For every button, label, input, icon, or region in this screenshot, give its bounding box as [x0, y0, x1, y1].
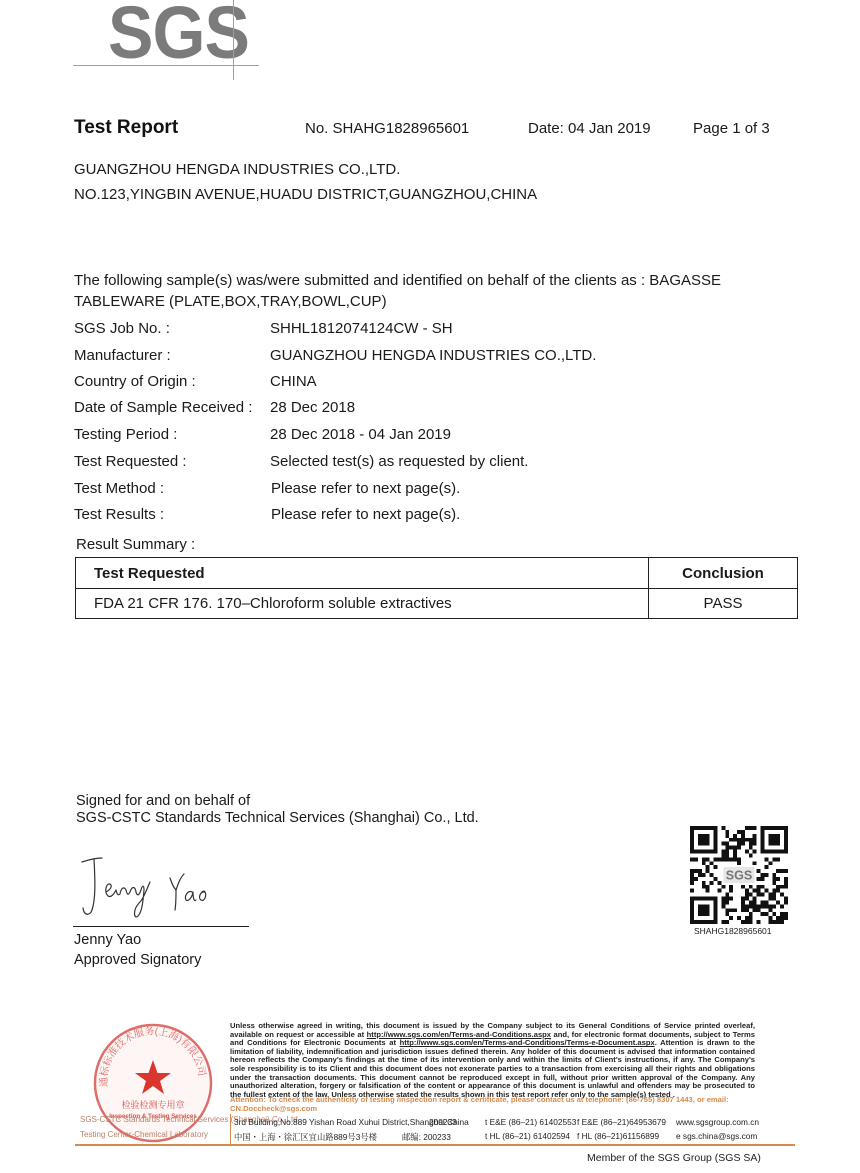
page-indicator: Page 1 of 3 [693, 120, 770, 137]
footer-rule [75, 1144, 795, 1146]
svg-text:SGS: SGS [726, 869, 752, 883]
fax-ee: f E&E (86–21)64953679 [577, 1117, 666, 1127]
sgs-logo: SGS [108, 0, 249, 66]
field-label-manufacturer: Manufacturer : [74, 347, 171, 364]
conclusion-cell: PASS [649, 589, 798, 619]
qr-caption: SHAHG1828965601 [694, 926, 772, 936]
sgs-group-membership: Member of the SGS Group (SGS SA) [587, 1152, 761, 1164]
website[interactable]: www.sgsgroup.com.cn [676, 1117, 759, 1127]
logo-underline [73, 65, 259, 66]
field-label-test-results: Test Results : [74, 506, 164, 523]
report-number: No. SHAHG1828965601 [305, 120, 469, 137]
address-divider [230, 1114, 231, 1144]
column-header-conclusion: Conclusion [649, 558, 798, 589]
qr-code-icon[interactable]: SGS [690, 826, 788, 924]
field-value-test-results: Please refer to next page(s). [271, 506, 460, 523]
svg-text:检验检测专用章: 检验检测专用章 [121, 1099, 184, 1110]
postcode-chinese: 邮编: 200233 [402, 1131, 451, 1143]
authenticity-notice: Attention: To check the authenticity of … [230, 1096, 760, 1113]
postcode-english: 200233 [429, 1117, 457, 1127]
client-name: GUANGZHOU HENGDA INDUSTRIES CO.,LTD. [74, 161, 400, 178]
address-chinese: 中国・上海・徐汇区宜山路889号3号楼 [234, 1131, 377, 1143]
legal-disclaimer: Unless otherwise agreed in writing, this… [230, 1022, 755, 1099]
field-value-test-requested: Selected test(s) as requested by client. [270, 453, 528, 470]
signatory-name: Jenny Yao [74, 932, 141, 948]
field-label-test-method: Test Method : [74, 480, 164, 497]
client-address: NO.123,YINGBIN AVENUE,HUADU DISTRICT,GUA… [74, 186, 537, 203]
table-row: FDA 21 CFR 176. 170–Chloroform soluble e… [76, 589, 798, 619]
test-cell: FDA 21 CFR 176. 170–Chloroform soluble e… [76, 589, 649, 619]
field-label-received: Date of Sample Received : [74, 399, 252, 416]
field-label-job-no: SGS Job No. : [74, 320, 170, 337]
sample-intro: The following sample(s) was/were submitt… [74, 270, 814, 312]
report-title: Test Report [74, 117, 178, 139]
field-value-job-no: SHHL1812074124CW - SH [270, 320, 453, 337]
table-header-row: Test Requested Conclusion [76, 558, 798, 589]
result-summary-table: Test Requested Conclusion FDA 21 CFR 176… [75, 557, 798, 619]
result-summary-label: Result Summary : [76, 536, 195, 553]
field-label-country: Country of Origin : [74, 373, 196, 390]
official-stamp-icon: 通标标准技术服务(上海)有限公司 检验检测专用章 Inspection & Te… [90, 1020, 216, 1146]
field-value-country: CHINA [270, 373, 317, 390]
logo-vertical-rule [233, 0, 234, 80]
telephone-hl: t HL (86–21) 61402594 [485, 1131, 570, 1141]
signed-on-behalf-label: Signed for and on behalf of [76, 793, 250, 809]
field-label-test-requested: Test Requested : [74, 453, 187, 470]
fax-hl: f HL (86–21)61156899 [577, 1131, 659, 1141]
field-value-testing-period: 28 Dec 2018 - 04 Jan 2019 [270, 426, 451, 443]
disclaimer-text-3: . Attention is drawn to the limitation o… [230, 1038, 755, 1099]
field-label-testing-period: Testing Period : [74, 426, 177, 443]
report-date: Date: 04 Jan 2019 [528, 120, 651, 137]
stamp-caption-lab: Testing Center-Chemical Laboratory [80, 1130, 208, 1139]
signatory-role: Approved Signatory [74, 952, 201, 968]
column-header-test: Test Requested [76, 558, 649, 589]
field-value-test-method: Please refer to next page(s). [271, 480, 460, 497]
handwritten-signature [80, 850, 220, 926]
field-value-manufacturer: GUANGZHOU HENGDA INDUSTRIES CO.,LTD. [270, 347, 596, 364]
telephone-ee: t E&E (86–21) 61402553 [485, 1117, 576, 1127]
field-value-received: 28 Dec 2018 [270, 399, 355, 416]
signing-company: SGS-CSTC Standards Technical Services (S… [76, 810, 479, 826]
signature-line [73, 926, 249, 927]
contact-email[interactable]: e sgs.china@sgs.com [676, 1131, 757, 1141]
